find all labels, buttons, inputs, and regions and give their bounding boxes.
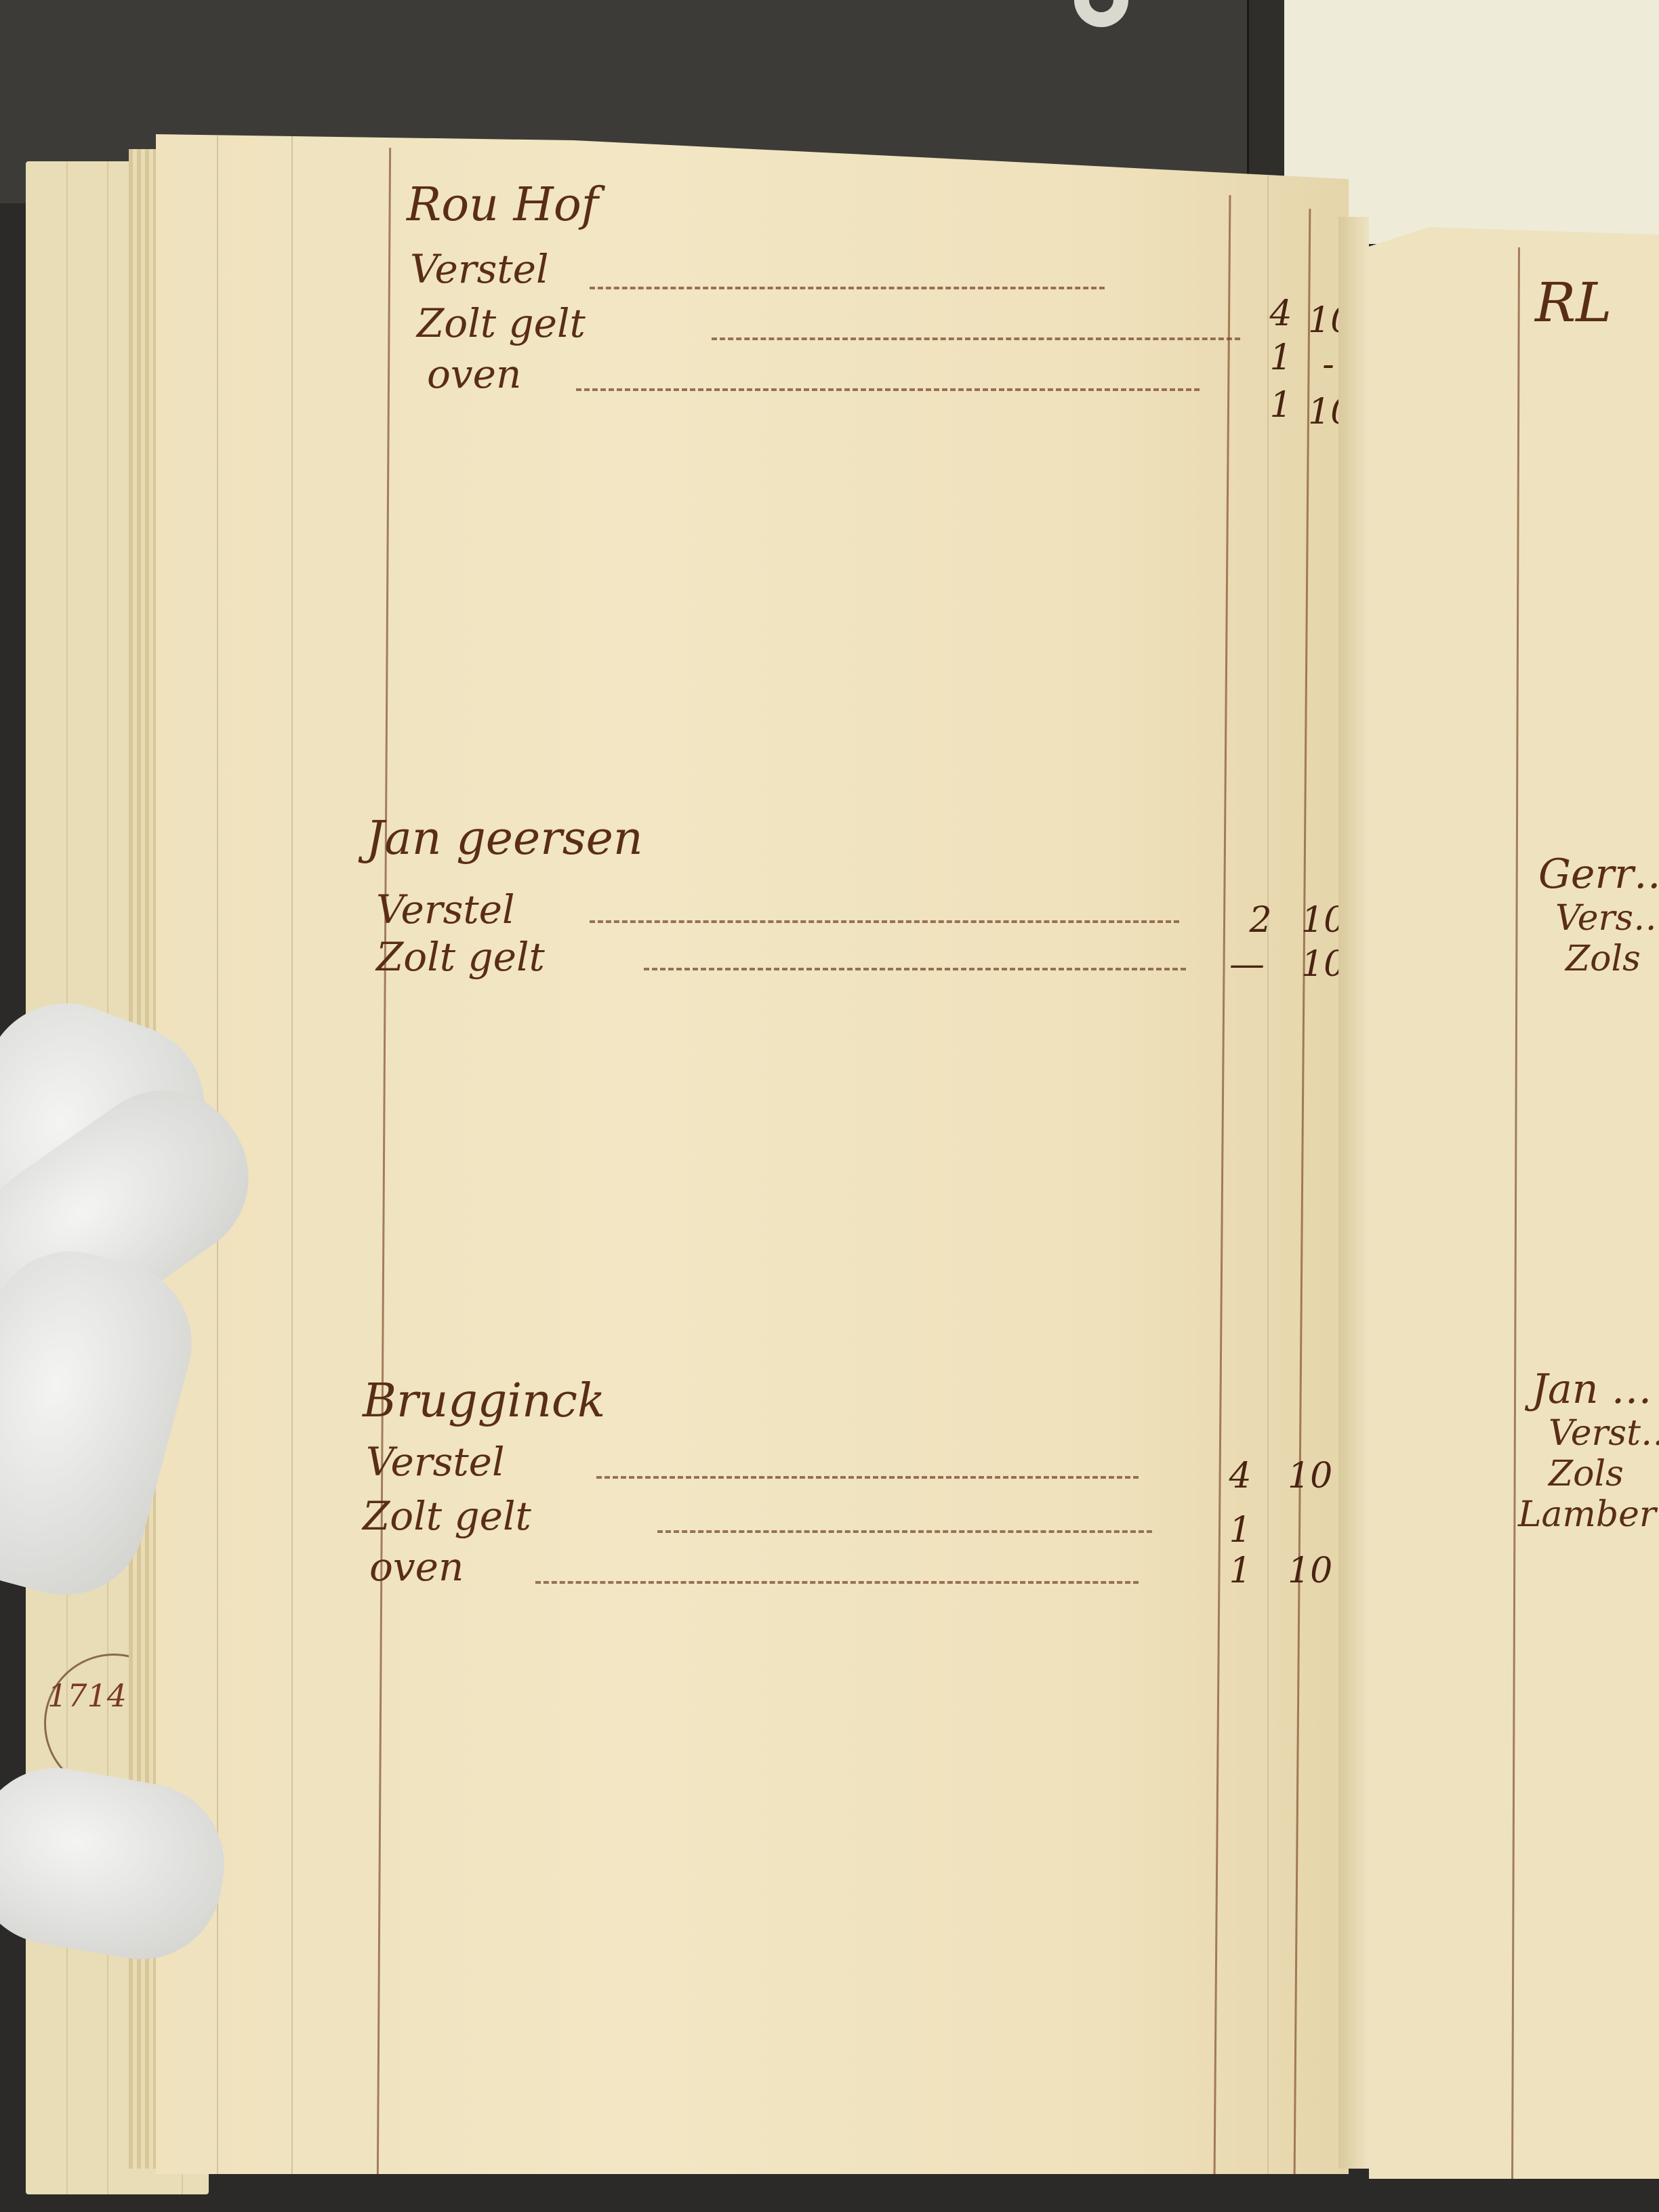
guilders-value: — xyxy=(1227,944,1267,985)
facing-entry-name: Gerr… xyxy=(1538,851,1659,898)
book-gutter xyxy=(1338,217,1369,2169)
facing-page-heading: RL xyxy=(1535,271,1612,334)
margin-rule xyxy=(377,148,391,2174)
stivers-value: 10 xyxy=(1301,900,1342,941)
facing-entry-item: Verst… xyxy=(1549,1413,1659,1454)
entry-name: Rou Hof xyxy=(407,178,598,232)
facing-page: RL Gerr… Vers… Zols Jan … Verst… Zols La… xyxy=(1369,227,1659,2179)
facing-entry-name: Jan … xyxy=(1532,1366,1652,1413)
entry-item-label: Zolt gelt xyxy=(363,1493,531,1539)
stivers-value: 10 xyxy=(1288,1551,1328,1591)
guilders-value: 4 xyxy=(1220,1456,1261,1496)
entry-item-label: Verstel xyxy=(376,886,515,933)
ledger-photo: 1714 Rou Hof Verstel 4 10 Zolt gelt 1 - … xyxy=(0,0,1659,2212)
entry-item-label: Zolt gelt xyxy=(417,300,586,346)
facing-entry-item: Lamber… xyxy=(1518,1494,1659,1535)
facing-entry-item: Zols xyxy=(1549,1454,1624,1494)
guilder-column-rule xyxy=(1214,195,1231,2174)
entry-item-label: oven xyxy=(369,1544,464,1590)
stivers-value: 10 xyxy=(1288,1456,1328,1496)
entry-item-label: Verstel xyxy=(366,1439,505,1485)
entry-name: Jan geersen xyxy=(366,812,643,865)
facing-entry-item: Vers… xyxy=(1555,898,1659,939)
guilders-value: 4 xyxy=(1261,293,1301,334)
ledger-main-page: Rou Hof Verstel 4 10 Zolt gelt 1 - oven … xyxy=(156,134,1349,2174)
facing-entry-item: Zols xyxy=(1565,939,1641,979)
entry-item-label: Verstel xyxy=(410,246,549,292)
guilders-value: 1 xyxy=(1220,1510,1261,1551)
margin-year-note: 1714 xyxy=(47,1677,127,1714)
entry-item-label: oven xyxy=(427,351,521,397)
stiver-column-rule xyxy=(1294,209,1311,2174)
guilders-value: 1 xyxy=(1261,385,1301,426)
entry-item-label: Zolt gelt xyxy=(376,934,545,980)
entry-name: Brugginck xyxy=(363,1374,605,1428)
guilders-value: 1 xyxy=(1261,337,1301,378)
guilders-value: 1 xyxy=(1220,1551,1261,1591)
stivers-value: 10 xyxy=(1301,944,1342,985)
guilders-value: 2 xyxy=(1240,900,1281,941)
